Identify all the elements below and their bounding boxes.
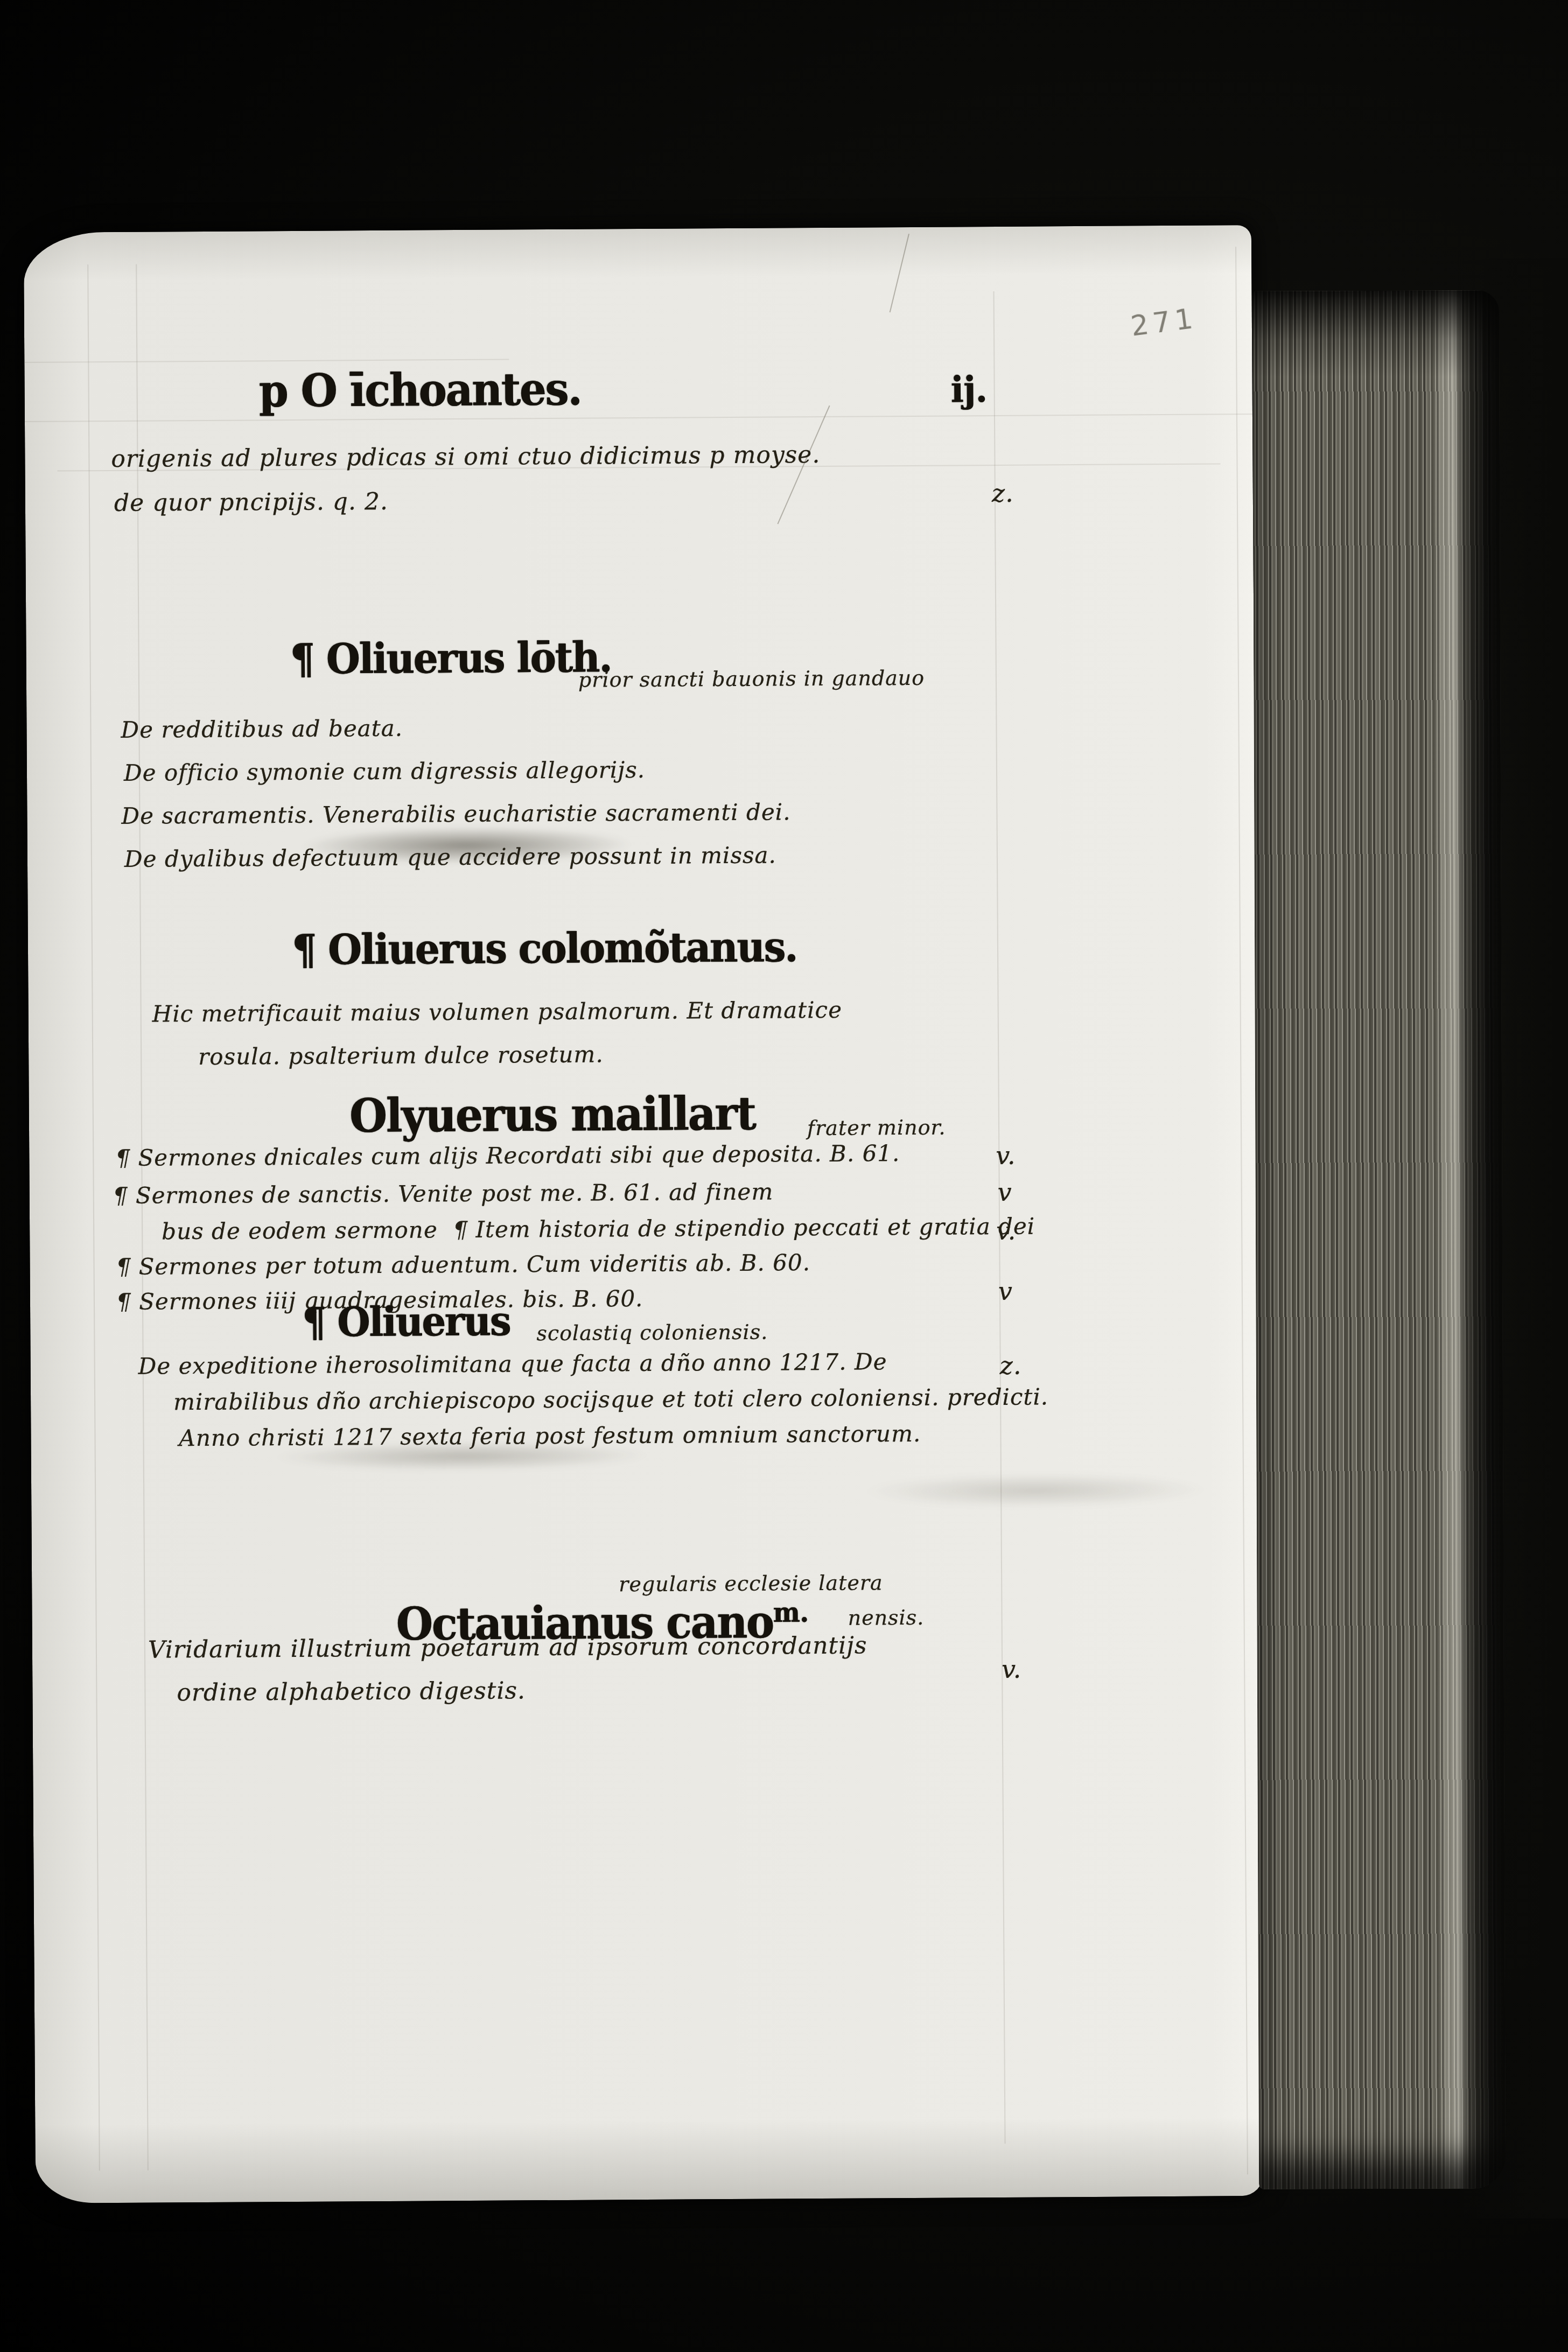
text-line: ordine alphabetico digestis. xyxy=(177,1677,526,1706)
text-line: de quor pncipijs. q. 2. xyxy=(114,488,388,517)
ruling-line-horizontal xyxy=(24,359,509,362)
text-line: De sacramentis. Venerabilis eucharistie … xyxy=(121,799,790,829)
scratch-mark xyxy=(890,234,909,312)
entry-heading-superscript: m. xyxy=(773,1597,808,1629)
margin-mark: v xyxy=(998,1178,1012,1207)
ruling-line-vertical xyxy=(1235,247,1248,2174)
margin-mark: z. xyxy=(992,479,1014,508)
folio-number-pencil: 271 xyxy=(1129,302,1199,342)
margin-mark: v. xyxy=(996,1141,1016,1170)
margin-mark: v. xyxy=(996,1216,1016,1245)
ink-showthrough xyxy=(863,1472,1208,1509)
text-line: ¶ Sermones per totum aduentum. Cum vider… xyxy=(116,1249,810,1280)
text-line: ¶ Sermones de sanctis. Venite post me. B… xyxy=(113,1179,774,1209)
text-line: origenis ad plures pdicas si omi ctuo di… xyxy=(111,441,820,473)
running-header-title: p O īchoantes. xyxy=(258,363,581,417)
text-line: Hic metrificauit maius volumen psalmorum… xyxy=(152,997,842,1027)
text-line: De redditibus ad beata. xyxy=(121,715,403,743)
entry-heading: Olyuerus maillart xyxy=(349,1086,755,1143)
text-line: bus de eodem sermone ¶ Item historia de … xyxy=(162,1213,1035,1245)
text-line: De dyalibus defectuum que accidere possu… xyxy=(124,842,776,872)
ruling-line-horizontal xyxy=(25,414,1252,422)
text-line: Viridarium illustrium poetarum ad ipsoru… xyxy=(148,1632,867,1663)
entry-heading-note: scolastiq coloniensis. xyxy=(536,1320,768,1346)
entry-heading: ¶ Oliuerus colomõtanus. xyxy=(292,922,797,974)
book-fore-edge-shadow xyxy=(1454,258,1568,2218)
margin-mark: v xyxy=(998,1277,1013,1306)
text-line: ¶ Sermones dnicales cum alijs Recordati … xyxy=(115,1140,900,1171)
photo-frame: 271 p O īchoantes. ij. origenis ad plure… xyxy=(0,0,1568,2352)
entry-heading-note: frater minor. xyxy=(807,1116,946,1140)
text-line: rosula. psalterium dulce rosetum. xyxy=(198,1041,604,1070)
text-line: De officio symonie cum digressis allegor… xyxy=(124,757,645,786)
ruling-line-vertical xyxy=(136,264,149,2171)
text-line: mirabilibus dño archiepiscopo socijsque … xyxy=(173,1383,1048,1415)
margin-mark: z. xyxy=(1000,1351,1022,1380)
text-line: Anno christi 1217 sexta feria post festu… xyxy=(179,1420,921,1451)
entry-heading-note: regularis ecclesie latera xyxy=(619,1571,883,1596)
text-line: De expeditione iherosolimitana que facta… xyxy=(138,1348,887,1379)
entry-heading-note-wrap: nensis. xyxy=(848,1606,924,1630)
manuscript-page: 271 p O īchoantes. ij. origenis ad plure… xyxy=(24,225,1263,2203)
running-header-numeral: ij. xyxy=(950,368,987,411)
entry-heading-note: prior sancti bauonis in gandauo xyxy=(578,666,925,692)
entry-heading: ¶ Oliuerus xyxy=(302,1297,510,1346)
entry-heading: ¶ Oliuerus lōth. xyxy=(290,632,611,683)
ruling-line-vertical xyxy=(87,264,100,2171)
margin-mark: v. xyxy=(1002,1655,1021,1684)
